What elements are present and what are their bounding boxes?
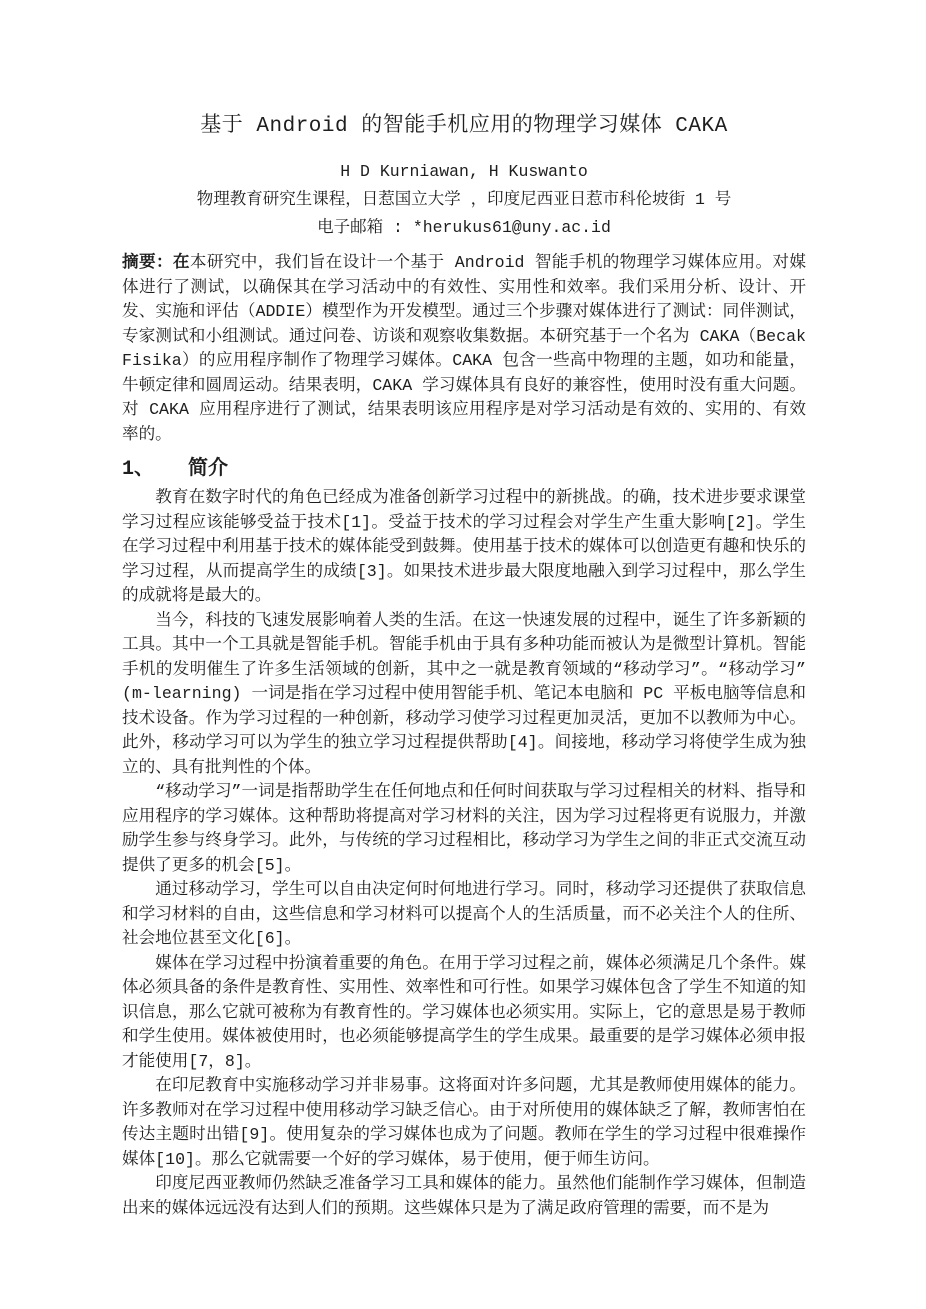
- authors-line: H D Kurniawan, H Kuswanto: [122, 158, 806, 186]
- paragraph-7: 印度尼西亚教师仍然缺乏准备学习工具和媒体的能力。虽然他们能制作学习媒体，但制造出…: [122, 1172, 806, 1221]
- paragraph-1: 教育在数字时代的角色已经成为准备创新学习过程中的新挑战。的确，技术进步要求课堂学…: [122, 486, 806, 609]
- section-1-heading: 1、简介: [122, 456, 806, 483]
- section-1-number: 1、: [122, 456, 188, 483]
- affiliation-line: 物理教育研究生课程，日惹国立大学 ，印度尼西亚日惹市科伦坡街 1 号: [122, 186, 806, 214]
- abstract-label: 摘要：在: [122, 253, 190, 272]
- email-line: 电子邮箱 : *herukus61@uny.ac.id: [122, 214, 806, 242]
- section-1-title: 简介: [188, 458, 228, 481]
- paragraph-4: 通过移动学习，学生可以自由决定何时何地进行学习。同时，移动学习还提供了获取信息和…: [122, 878, 806, 952]
- paragraph-6: 在印尼教育中实施移动学习并非易事。这将面对许多问题，尤其是教师使用媒体的能力。许…: [122, 1074, 806, 1172]
- paragraph-2: 当今，科技的飞速发展影响着人类的生活。在这一快速发展的过程中，诞生了许多新颖的工…: [122, 609, 806, 781]
- paper-page: 基于 Android 的智能手机应用的物理学习媒体 CAKA H D Kurni…: [0, 0, 926, 1309]
- abstract-paragraph: 摘要：在本研究中，我们旨在设计一个基于 Android 智能手机的物理学习媒体应…: [122, 251, 806, 447]
- abstract-text: 本研究中，我们旨在设计一个基于 Android 智能手机的物理学习媒体应用。对媒…: [122, 253, 806, 444]
- paragraph-5: 媒体在学习过程中扮演着重要的角色。在用于学习过程之前，媒体必须满足几个条件。媒体…: [122, 952, 806, 1075]
- paper-title: 基于 Android 的智能手机应用的物理学习媒体 CAKA: [122, 112, 806, 142]
- paragraph-3: “移动学习”一词是指帮助学生在任何地点和任何时间获取与学习过程相关的材料、指导和…: [122, 780, 806, 878]
